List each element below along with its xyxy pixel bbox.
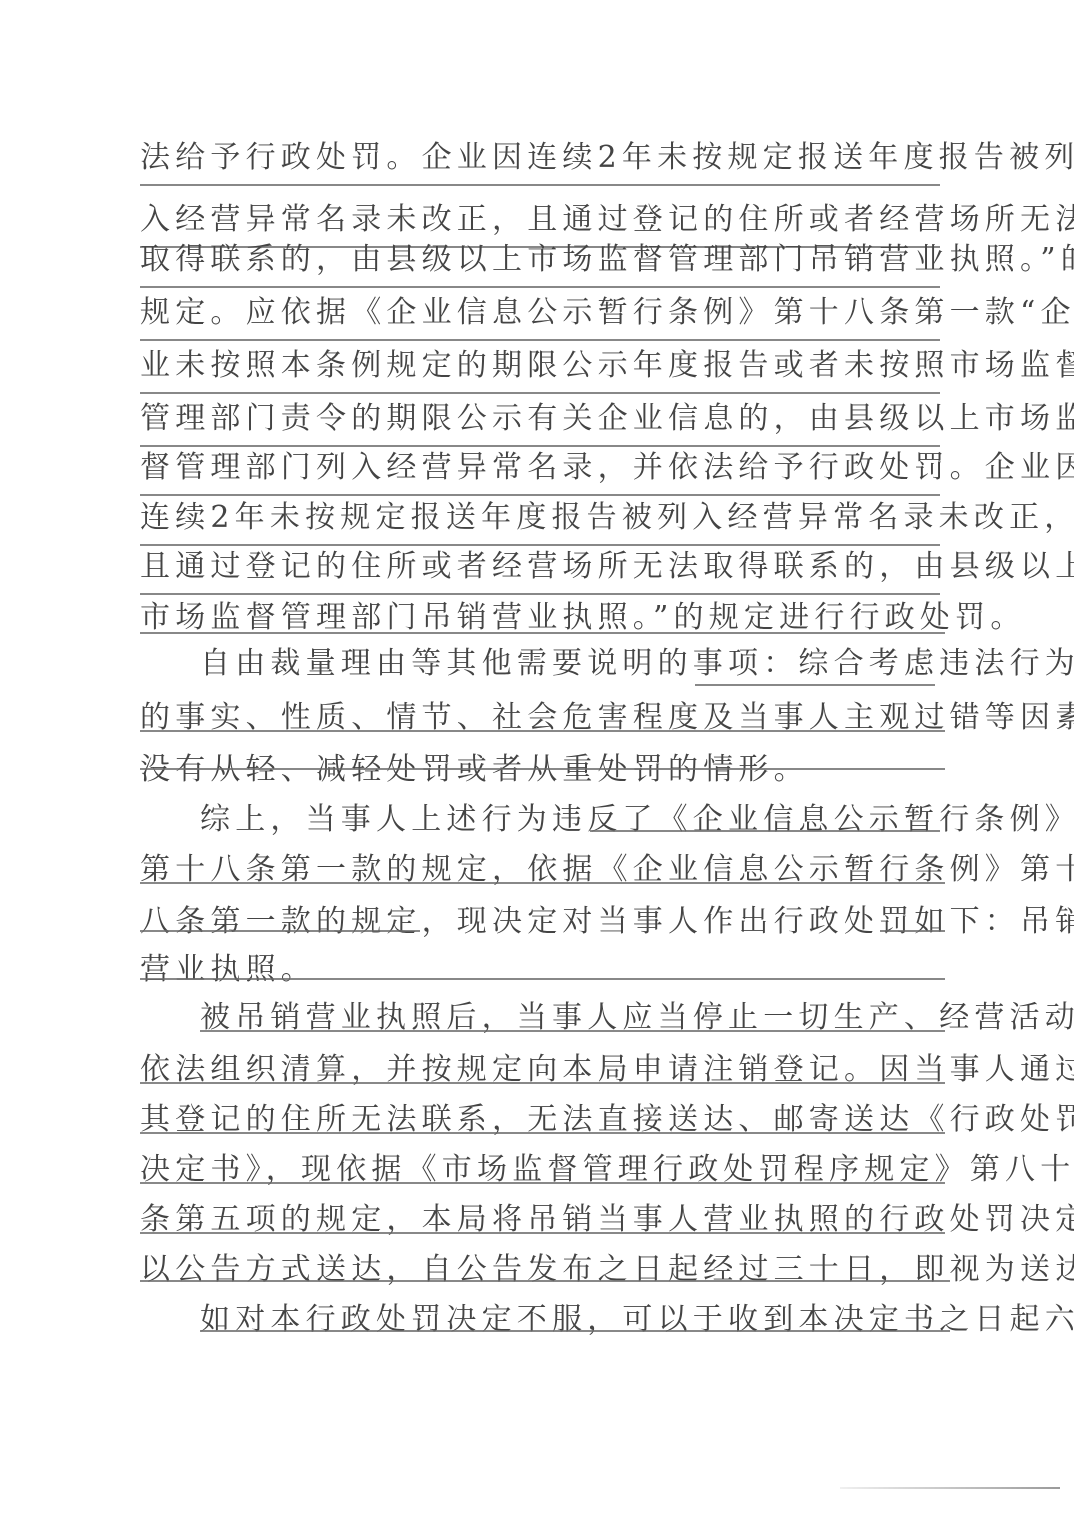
line-0: 法给予行政处罚。企业因连续2年未按规定报送年度报告被列 bbox=[140, 138, 945, 178]
underline bbox=[140, 593, 940, 595]
line-6: 督管理部门列入经营异常名录，并依法给予行政处罚。企业因 bbox=[140, 448, 945, 488]
underline bbox=[140, 1182, 945, 1184]
underline bbox=[140, 632, 945, 634]
line-14: 第十八条第一款的规定，依据《企业信息公示暂行条例》第十 bbox=[140, 850, 945, 890]
line-7: 连续2年未按规定报送年度报告被列入经营异常名录未改正， bbox=[140, 498, 945, 538]
line-5: 管理部门责令的期限公示有关企业信息的，由县级以上市场监 bbox=[140, 399, 945, 439]
line-22: 以公告方式送达，自公告发布之日起经过三十日，即视为送达。 bbox=[140, 1250, 945, 1290]
scan-artifact-line bbox=[840, 1487, 1060, 1489]
underline bbox=[140, 494, 940, 496]
underline bbox=[140, 184, 940, 186]
underline bbox=[200, 1330, 950, 1332]
underline bbox=[140, 730, 945, 732]
line-18: 依法组织清算，并按规定向本局申请注销登记。因当事人通过 bbox=[140, 1050, 945, 1090]
line-3: 规定。应依据《企业信息公示暂行条例》第十八条第一款“企 bbox=[140, 293, 945, 333]
line-13: 综上，当事人上述行为违反了《企业信息公示暂行条例》 bbox=[140, 800, 945, 840]
document-page: 法给予行政处罚。企业因连续2年未按规定报送年度报告被列 入经营异常名录未改正，且… bbox=[0, 0, 1074, 1516]
underline bbox=[140, 882, 945, 884]
line-2: 取得联系的，由县级以上市场监督管理部门吊销营业执照。”的 bbox=[140, 240, 945, 280]
line-11: 的事实、性质、情节、社会危害程度及当事人主观过错等因素， bbox=[140, 698, 945, 738]
line-1: 入经营异常名录未改正，且通过登记的住所或者经营场所无法 bbox=[140, 200, 945, 240]
line-21: 条第五项的规定，本局将吊销当事人营业执照的行政处罚决定 bbox=[140, 1200, 945, 1240]
underline bbox=[695, 684, 935, 686]
line-12: 没有从轻、减轻处罚或者从重处罚的情形。 bbox=[140, 750, 945, 790]
line-8: 且通过登记的住所或者经营场所无法取得联系的，由县级以上 bbox=[140, 547, 945, 587]
underline bbox=[140, 544, 940, 546]
underline bbox=[140, 445, 940, 447]
underline bbox=[140, 1132, 945, 1134]
underline bbox=[200, 1030, 945, 1032]
line-16: 营业执照。 bbox=[140, 950, 945, 990]
line-17: 被吊销营业执照后，当事人应当停止一切生产、经营活动， bbox=[140, 998, 945, 1038]
underline bbox=[140, 930, 420, 932]
underline bbox=[140, 1082, 945, 1084]
underline bbox=[590, 830, 940, 832]
line-19: 其登记的住所无法联系，无法直接送达、邮寄送达《行政处罚 bbox=[140, 1100, 945, 1140]
line-15: 八条第一款的规定，现决定对当事人作出行政处罚如下：吊销 bbox=[140, 902, 945, 942]
underline bbox=[140, 1232, 945, 1234]
underline bbox=[140, 978, 945, 980]
line-10: 自由裁量理由等其他需要说明的事项：综合考虑违法行为 bbox=[140, 644, 945, 684]
underline bbox=[880, 930, 945, 932]
line-20: 决定书》，现依据《市场监督管理行政处罚程序规定》第八十二 bbox=[140, 1150, 945, 1190]
line-4: 业未按照本条例规定的期限公示年度报告或者未按照市场监督 bbox=[140, 346, 945, 386]
underline bbox=[140, 768, 945, 770]
line-23: 如对本行政处罚决定不服，可以于收到本决定书之日起六 bbox=[140, 1300, 945, 1340]
underline bbox=[140, 1280, 950, 1282]
underline bbox=[140, 339, 940, 341]
underline bbox=[140, 286, 940, 288]
underline bbox=[140, 392, 940, 394]
